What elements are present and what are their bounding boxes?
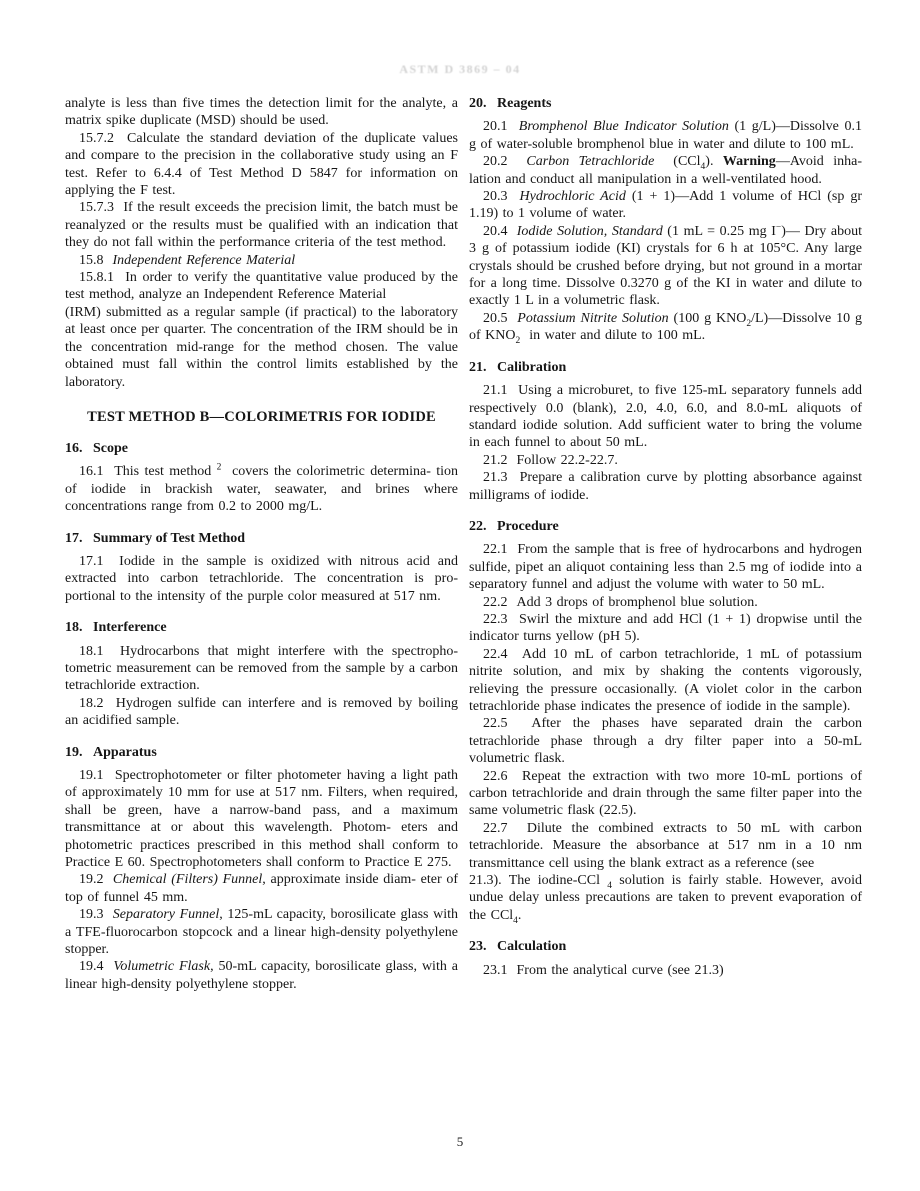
text-run: 22.4 Add 10 mL of carbon tetrachloride, … <box>469 647 862 714</box>
paragraph: 16.1 This test method 2 covers the color… <box>65 463 458 515</box>
test-method-heading: TEST METHOD B—COLORIMETRIS FOR IODIDE <box>65 408 458 426</box>
text-run: 16.1 This test method <box>79 464 217 479</box>
text-run: 20.1 <box>483 119 519 134</box>
text-run: Carbon Tetrachloride <box>526 154 654 169</box>
section-heading: 22. Procedure <box>469 518 862 535</box>
text-run: in water and dilute to 100 mL. <box>520 328 705 343</box>
text-run: (CCl <box>654 154 700 169</box>
section-heading: 20. Reagents <box>469 95 862 112</box>
text-run: 22. Procedure <box>469 519 559 534</box>
paragraph: 22.1 From the sample that is free of hyd… <box>469 541 862 593</box>
paragraph: 17.1 Iodide in the sample is oxidized wi… <box>65 553 458 605</box>
paragraph: 22.3 Swirl the mixture and add HCl (1 + … <box>469 611 862 646</box>
paragraph: 15.8 Independent Reference Material <box>65 252 458 269</box>
paragraph: 18.2 Hydrogen sulfide can interfere and … <box>65 695 458 730</box>
text-run: ). <box>705 154 723 169</box>
text-run: 21. Calibration <box>469 360 566 375</box>
text-run: 16. Scope <box>65 441 128 456</box>
text-run: 20.5 <box>483 311 517 326</box>
text-run: (100 g KNO <box>669 311 747 326</box>
text-run: 20.3 <box>483 189 520 204</box>
paragraph: 22.4 Add 10 mL of carbon tetrachloride, … <box>469 646 862 716</box>
paragraph: 20.5 Potassium Nitrite Solution (100 g K… <box>469 310 862 345</box>
text-run: 21.2 Follow 22.2-22.7. <box>483 453 618 468</box>
paragraph: 19.2 Chemical (Filters) Funnel, approxim… <box>65 871 458 906</box>
section-heading: 17. Summary of Test Method <box>65 530 458 547</box>
paragraph: 19.1 Spectrophotometer or filter photome… <box>65 767 458 871</box>
text-run: 18. Interference <box>65 620 167 635</box>
paragraph: 22.7 Dilute the combined extracts to 50 … <box>469 820 862 872</box>
text-run: 23. Calculation <box>469 939 566 954</box>
paragraph: 19.4 Volumetric Flask, 50-mL capacity, b… <box>65 958 458 993</box>
text-run: 22.5 After the phases have separated dra… <box>469 716 862 766</box>
paragraph: 21.2 Follow 22.2-22.7. <box>469 452 862 469</box>
text-run: 17. Summary of Test Method <box>65 531 245 546</box>
page-content: analyte is less than five times the dete… <box>65 95 862 993</box>
paragraph: 20.1 Bromphenol Blue Indicator Solution … <box>469 118 862 153</box>
paragraph: 20.4 Iodide Solution, Standard (1 mL = 0… <box>469 223 862 310</box>
text-run: (1 mL = 0.25 mg I <box>663 224 776 239</box>
text-run: 22.7 Dilute the combined extracts to 50 … <box>469 821 862 871</box>
text-run: analyte is less than five times the dete… <box>65 96 458 128</box>
text-run: Independent Reference Material <box>113 253 296 268</box>
paragraph: 22.6 Repeat the extraction with two more… <box>469 768 862 820</box>
text-run: 22.3 Swirl the mixture and add HCl (1 + … <box>469 612 862 644</box>
right-column: 20. Reagents20.1 Bromphenol Blue Indicat… <box>469 95 862 993</box>
text-run: 19.2 <box>79 872 113 887</box>
paragraph: 21.3). The iodine-CCl 4 solution is fair… <box>469 872 862 924</box>
paragraph: analyte is less than five times the dete… <box>65 95 458 130</box>
paragraph: 18.1 Hydrocarbons that might interfere w… <box>65 643 458 695</box>
paragraph: (IRM) submitted as a regular sample (if … <box>65 304 458 391</box>
section-heading: 16. Scope <box>65 440 458 457</box>
text-run: Chemical (Filters) Funnel <box>113 872 262 887</box>
text-run: 15.8.1 In order to verify the quantitati… <box>65 270 458 302</box>
text-run: 15.7.2 Calculate the standard deviation … <box>65 131 458 198</box>
page-number: 5 <box>0 1134 920 1150</box>
text-run: 18.1 Hydrocarbons that might interfere w… <box>65 644 458 694</box>
text-run: Bromphenol Blue Indicator Solution <box>519 119 729 134</box>
paragraph: 15.7.2 Calculate the standard deviation … <box>65 130 458 200</box>
text-run: 19.1 Spectrophotometer or filter photome… <box>65 768 458 870</box>
paragraph: 21.1 Using a microburet, to five 125-mL … <box>469 382 862 452</box>
paragraph: 22.2 Add 3 drops of bromphenol blue solu… <box>469 594 862 611</box>
text-run: 21.3). The iodine-CCl <box>469 873 607 888</box>
paragraph: 20.3 Hydrochloric Acid (1 + 1)—Add 1 vol… <box>469 188 862 223</box>
text-run: . <box>518 908 522 923</box>
text-run: 21.1 Using a microburet, to five 125-mL … <box>469 383 862 450</box>
text-run: 20.2 <box>483 154 526 169</box>
left-column: analyte is less than five times the dete… <box>65 95 458 993</box>
text-run: 20.4 <box>483 224 517 239</box>
text-run: 20. Reagents <box>469 96 551 111</box>
section-heading: 21. Calibration <box>469 359 862 376</box>
text-run: Separatory Funnel <box>113 907 220 922</box>
text-run: 22.6 Repeat the extraction with two more… <box>469 769 862 819</box>
text-run: 17.1 Iodide in the sample is oxidized wi… <box>65 554 458 604</box>
paragraph: 22.5 After the phases have separated dra… <box>469 715 862 767</box>
text-run: Volumetric Flask <box>113 959 210 974</box>
text-run: 23.1 From the analytical curve (see 21.3… <box>483 963 724 978</box>
section-heading: 23. Calculation <box>469 938 862 955</box>
paragraph: 19.3 Separatory Funnel, 125-mL capacity,… <box>65 906 458 958</box>
section-heading: 18. Interference <box>65 619 458 636</box>
text-run: TEST METHOD B—COLORIMETRIS FOR IODIDE <box>87 409 436 425</box>
paragraph: 15.7.3 If the result exceeds the precisi… <box>65 199 458 251</box>
text-run: 15.8 <box>79 253 113 268</box>
text-run: Hydrochloric Acid <box>520 189 626 204</box>
text-run: Warning <box>723 154 776 169</box>
section-heading: 19. Apparatus <box>65 744 458 761</box>
document-page: ASTM D 3869 – 04 analyte is less than fi… <box>0 0 920 1191</box>
text-run: 19.3 <box>79 907 113 922</box>
text-run: (IRM) submitted as a regular sample (if … <box>65 305 458 390</box>
text-run: 22.1 From the sample that is free of hyd… <box>469 542 862 592</box>
running-header-designation: ASTM D 3869 – 04 <box>0 62 920 77</box>
text-run: 19. Apparatus <box>65 745 157 760</box>
text-run: 15.7.3 If the result exceeds the precisi… <box>65 200 458 250</box>
text-run: Potassium Nitrite Solution <box>517 311 668 326</box>
paragraph: 20.2 Carbon Tetrachloride (CCl4). Warnin… <box>469 153 862 188</box>
text-run: 22.2 Add 3 drops of bromphenol blue solu… <box>483 595 758 610</box>
paragraph: 15.8.1 In order to verify the quantitati… <box>65 269 458 304</box>
paragraph: 21.3 Prepare a calibration curve by plot… <box>469 469 862 504</box>
text-run: 18.2 Hydrogen sulfide can interfere and … <box>65 696 458 728</box>
paragraph: 23.1 From the analytical curve (see 21.3… <box>469 962 862 979</box>
text-run: Iodide Solution, Standard <box>517 224 663 239</box>
text-run: 21.3 Prepare a calibration curve by plot… <box>469 470 862 502</box>
text-run: 19.4 <box>79 959 113 974</box>
